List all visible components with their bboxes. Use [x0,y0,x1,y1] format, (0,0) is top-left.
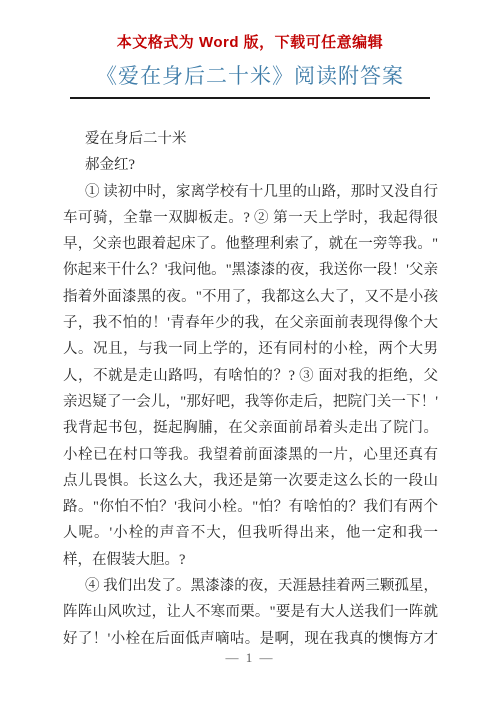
text-line: ④ 我们出发了。黑漆漆的夜，天涯悬挂着两三颗孤星， [63,573,438,599]
document-body: 爱在身后二十米郝金红?① 读初中时，家离学校有十几里的山路，那时又没自行车可骑，… [63,126,438,652]
text-line: 我背起书包，挺起胸脯，在父亲面前昂着头走出了院门。 [63,415,438,441]
text-line: 阵阵山风吹过，让人不寒而栗。"要是有大人送我们一阵就 [63,599,438,625]
text-line: 点儿畏惧。长这么大，我还是第一次要走这么长的一段山 [63,468,438,494]
title-divider-rule [70,97,430,99]
text-line: 小栓已在村口等我。我望着前面漆黑的一片，心里还真有 [63,442,438,468]
text-line: 车可骑，全靠一双脚板走。? ② 第一天上学时，我起得很 [63,205,438,231]
text-line: 亲迟疑了一会儿，"那好吧，我等你走后，把院门关一下！' [63,389,438,415]
text-line: 人，不就是走山路吗，有啥怕的？? ③ 面对我的拒绝，父 [63,363,438,389]
text-line: ① 读初中时，家离学校有十几里的山路，那时又没自行 [63,179,438,205]
text-line: 你起来干什么？'我问他。"黑漆漆的夜，我送你一段！'父亲 [63,257,438,283]
text-line: 好了！'小栓在后面低声嘀咕。是啊，现在我真的懊悔方才 [63,626,438,652]
text-line: 路。"你怕不怕？'我问小栓。"怕？有啥怕的？我们有两个 [63,494,438,520]
page-number: — 1 — [0,650,500,666]
text-line: 人呢。'小栓的声音不大，但我听得出来，他一定和我一 [63,520,438,546]
document-title: 《爱在身后二十米》阅读附答案 [0,60,500,90]
text-line: 人。况且，与我一同上学的，还有同村的小栓，两个大男 [63,336,438,362]
text-line: 指着外面漆黑的夜。"不用了，我都这么大了，又不是小孩 [63,284,438,310]
text-line: 早，父亲也跟着起床了。他整理利索了，就在一旁等我。" [63,231,438,257]
word-format-notice: 本文格式为 Word 版，下载可任意编辑 [0,0,500,52]
document-page: 本文格式为 Word 版，下载可任意编辑 《爱在身后二十米》阅读附答案 爱在身后… [0,0,500,707]
text-line: 爱在身后二十米 [63,126,438,152]
text-line: 样，在假装大胆。? [63,547,438,573]
text-line: 郝金红? [63,152,438,178]
text-line: 子，我不怕的！'青春年少的我，在父亲面前表现得像个大 [63,310,438,336]
